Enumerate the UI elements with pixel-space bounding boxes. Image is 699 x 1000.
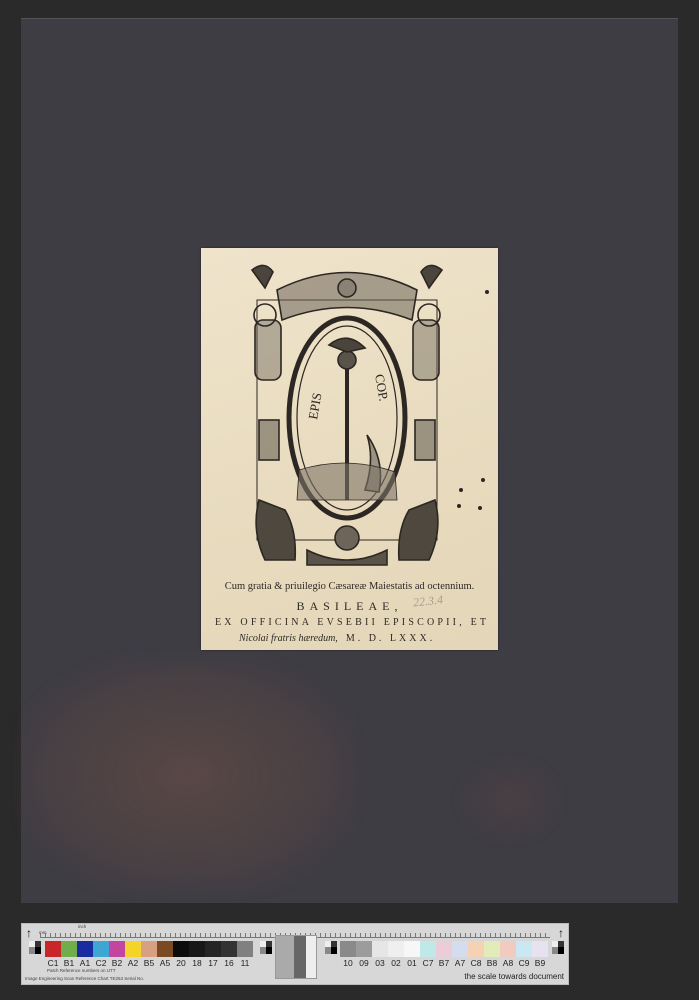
- up-arrow-icon: ↑: [26, 926, 32, 940]
- color-patch: [109, 941, 125, 957]
- board-stain: [460, 760, 560, 840]
- patch-label: 02: [388, 958, 404, 968]
- color-patch: [189, 941, 205, 957]
- date-line: M. D. LXXX.: [346, 633, 435, 644]
- color-patch: [45, 941, 61, 957]
- patch-label: B2: [109, 958, 125, 968]
- wormhole: [481, 478, 485, 482]
- color-patch: [356, 941, 372, 957]
- gray-target-left: [29, 941, 41, 954]
- color-patch: [372, 941, 388, 957]
- up-arrow-icon: ↑: [558, 926, 564, 940]
- color-patch: [237, 941, 253, 957]
- color-patch: [77, 941, 93, 957]
- right-patch-labels: 1009030201C7B7A7C8B8A8C9B9: [340, 958, 548, 968]
- left-patches: [45, 941, 253, 957]
- patch-label: B8: [484, 958, 500, 968]
- title-page: EPIS COP. Cum gratia & priuilegio Cæsare…: [201, 248, 498, 650]
- patch-label: A7: [452, 958, 468, 968]
- inscription-left: EPIS: [305, 392, 324, 421]
- city-line: BASILEAE,: [201, 599, 498, 614]
- wormhole: [478, 506, 482, 510]
- privilege-line: Cum gratia & priuilegio Cæsareæ Maiestat…: [201, 581, 498, 592]
- color-patch: [173, 941, 189, 957]
- patch-label: 10: [340, 958, 356, 968]
- gray-target-right: [552, 941, 564, 954]
- color-patch: [532, 941, 548, 957]
- color-patch: [61, 941, 77, 957]
- patch-label: C1: [45, 958, 61, 968]
- wormhole: [459, 488, 463, 492]
- color-patch: [157, 941, 173, 957]
- patch-label: A5: [157, 958, 173, 968]
- patch-label: 11: [237, 958, 253, 968]
- heirs-line: Nicolai fratris hæredum,: [239, 633, 338, 644]
- patch-label: A2: [125, 958, 141, 968]
- chart-footer-left: Image Engineering Scan Reference Chart T…: [25, 976, 144, 981]
- patch-label: A8: [500, 958, 516, 968]
- printer-line: EX OFFICINA EVSEBII EPISCOPII, ET: [215, 617, 489, 628]
- color-patch: [420, 941, 436, 957]
- color-patch: [404, 941, 420, 957]
- patch-label: 20: [173, 958, 189, 968]
- heirs-date-line: Nicolai fratris hæredum,M. D. LXXX.: [239, 633, 435, 644]
- patch-label: B9: [532, 958, 548, 968]
- patch-label: B5: [141, 958, 157, 968]
- patch-label: 09: [356, 958, 372, 968]
- color-patch: [141, 941, 157, 957]
- patch-label: 17: [205, 958, 221, 968]
- color-patch: [340, 941, 356, 957]
- right-patches: [340, 941, 548, 957]
- left-patch-labels: C1B1A1C2B2A2B5A52018171611: [45, 958, 253, 968]
- color-patch: [388, 941, 404, 957]
- patch-label: 01: [404, 958, 420, 968]
- patch-label: C9: [516, 958, 532, 968]
- patch-label: 16: [221, 958, 237, 968]
- pencil-annotation: 22.3.4: [412, 592, 443, 610]
- patch-label: B7: [436, 958, 452, 968]
- color-patch: [500, 941, 516, 957]
- patch-label: C7: [420, 958, 436, 968]
- color-reference-chart: ↑ ↑ mm inch C1B1A1C2B2A2B5A52018171611 1…: [21, 923, 569, 985]
- gray-target-mid: [260, 941, 272, 954]
- patch-label: A1: [77, 958, 93, 968]
- ruler-unit-inch: inch: [78, 924, 86, 929]
- ruler-unit-mm: mm: [39, 930, 47, 935]
- patch-label: C2: [93, 958, 109, 968]
- patch-label: B1: [61, 958, 77, 968]
- patch-label: 18: [189, 958, 205, 968]
- patch-label: 03: [372, 958, 388, 968]
- color-patch: [436, 941, 452, 957]
- color-patch: [452, 941, 468, 957]
- gray-scale-strip: [275, 935, 317, 979]
- gray-target-mid2: [325, 941, 337, 954]
- color-patch: [484, 941, 500, 957]
- color-patch: [468, 941, 484, 957]
- board-stain: [22, 660, 352, 890]
- patch-label: C8: [468, 958, 484, 968]
- patch-reference-note: Patch Reference numbers on UTT: [47, 968, 116, 973]
- color-patch: [221, 941, 237, 957]
- color-patch: [93, 941, 109, 957]
- color-patch: [205, 941, 221, 957]
- chart-footer-right: the scale towards document: [464, 972, 564, 981]
- inscription-right: COP.: [372, 373, 391, 402]
- printers-device-woodcut: EPIS COP.: [247, 260, 447, 575]
- color-patch: [516, 941, 532, 957]
- wormhole: [457, 504, 461, 508]
- color-patch: [125, 941, 141, 957]
- wormhole: [485, 290, 489, 294]
